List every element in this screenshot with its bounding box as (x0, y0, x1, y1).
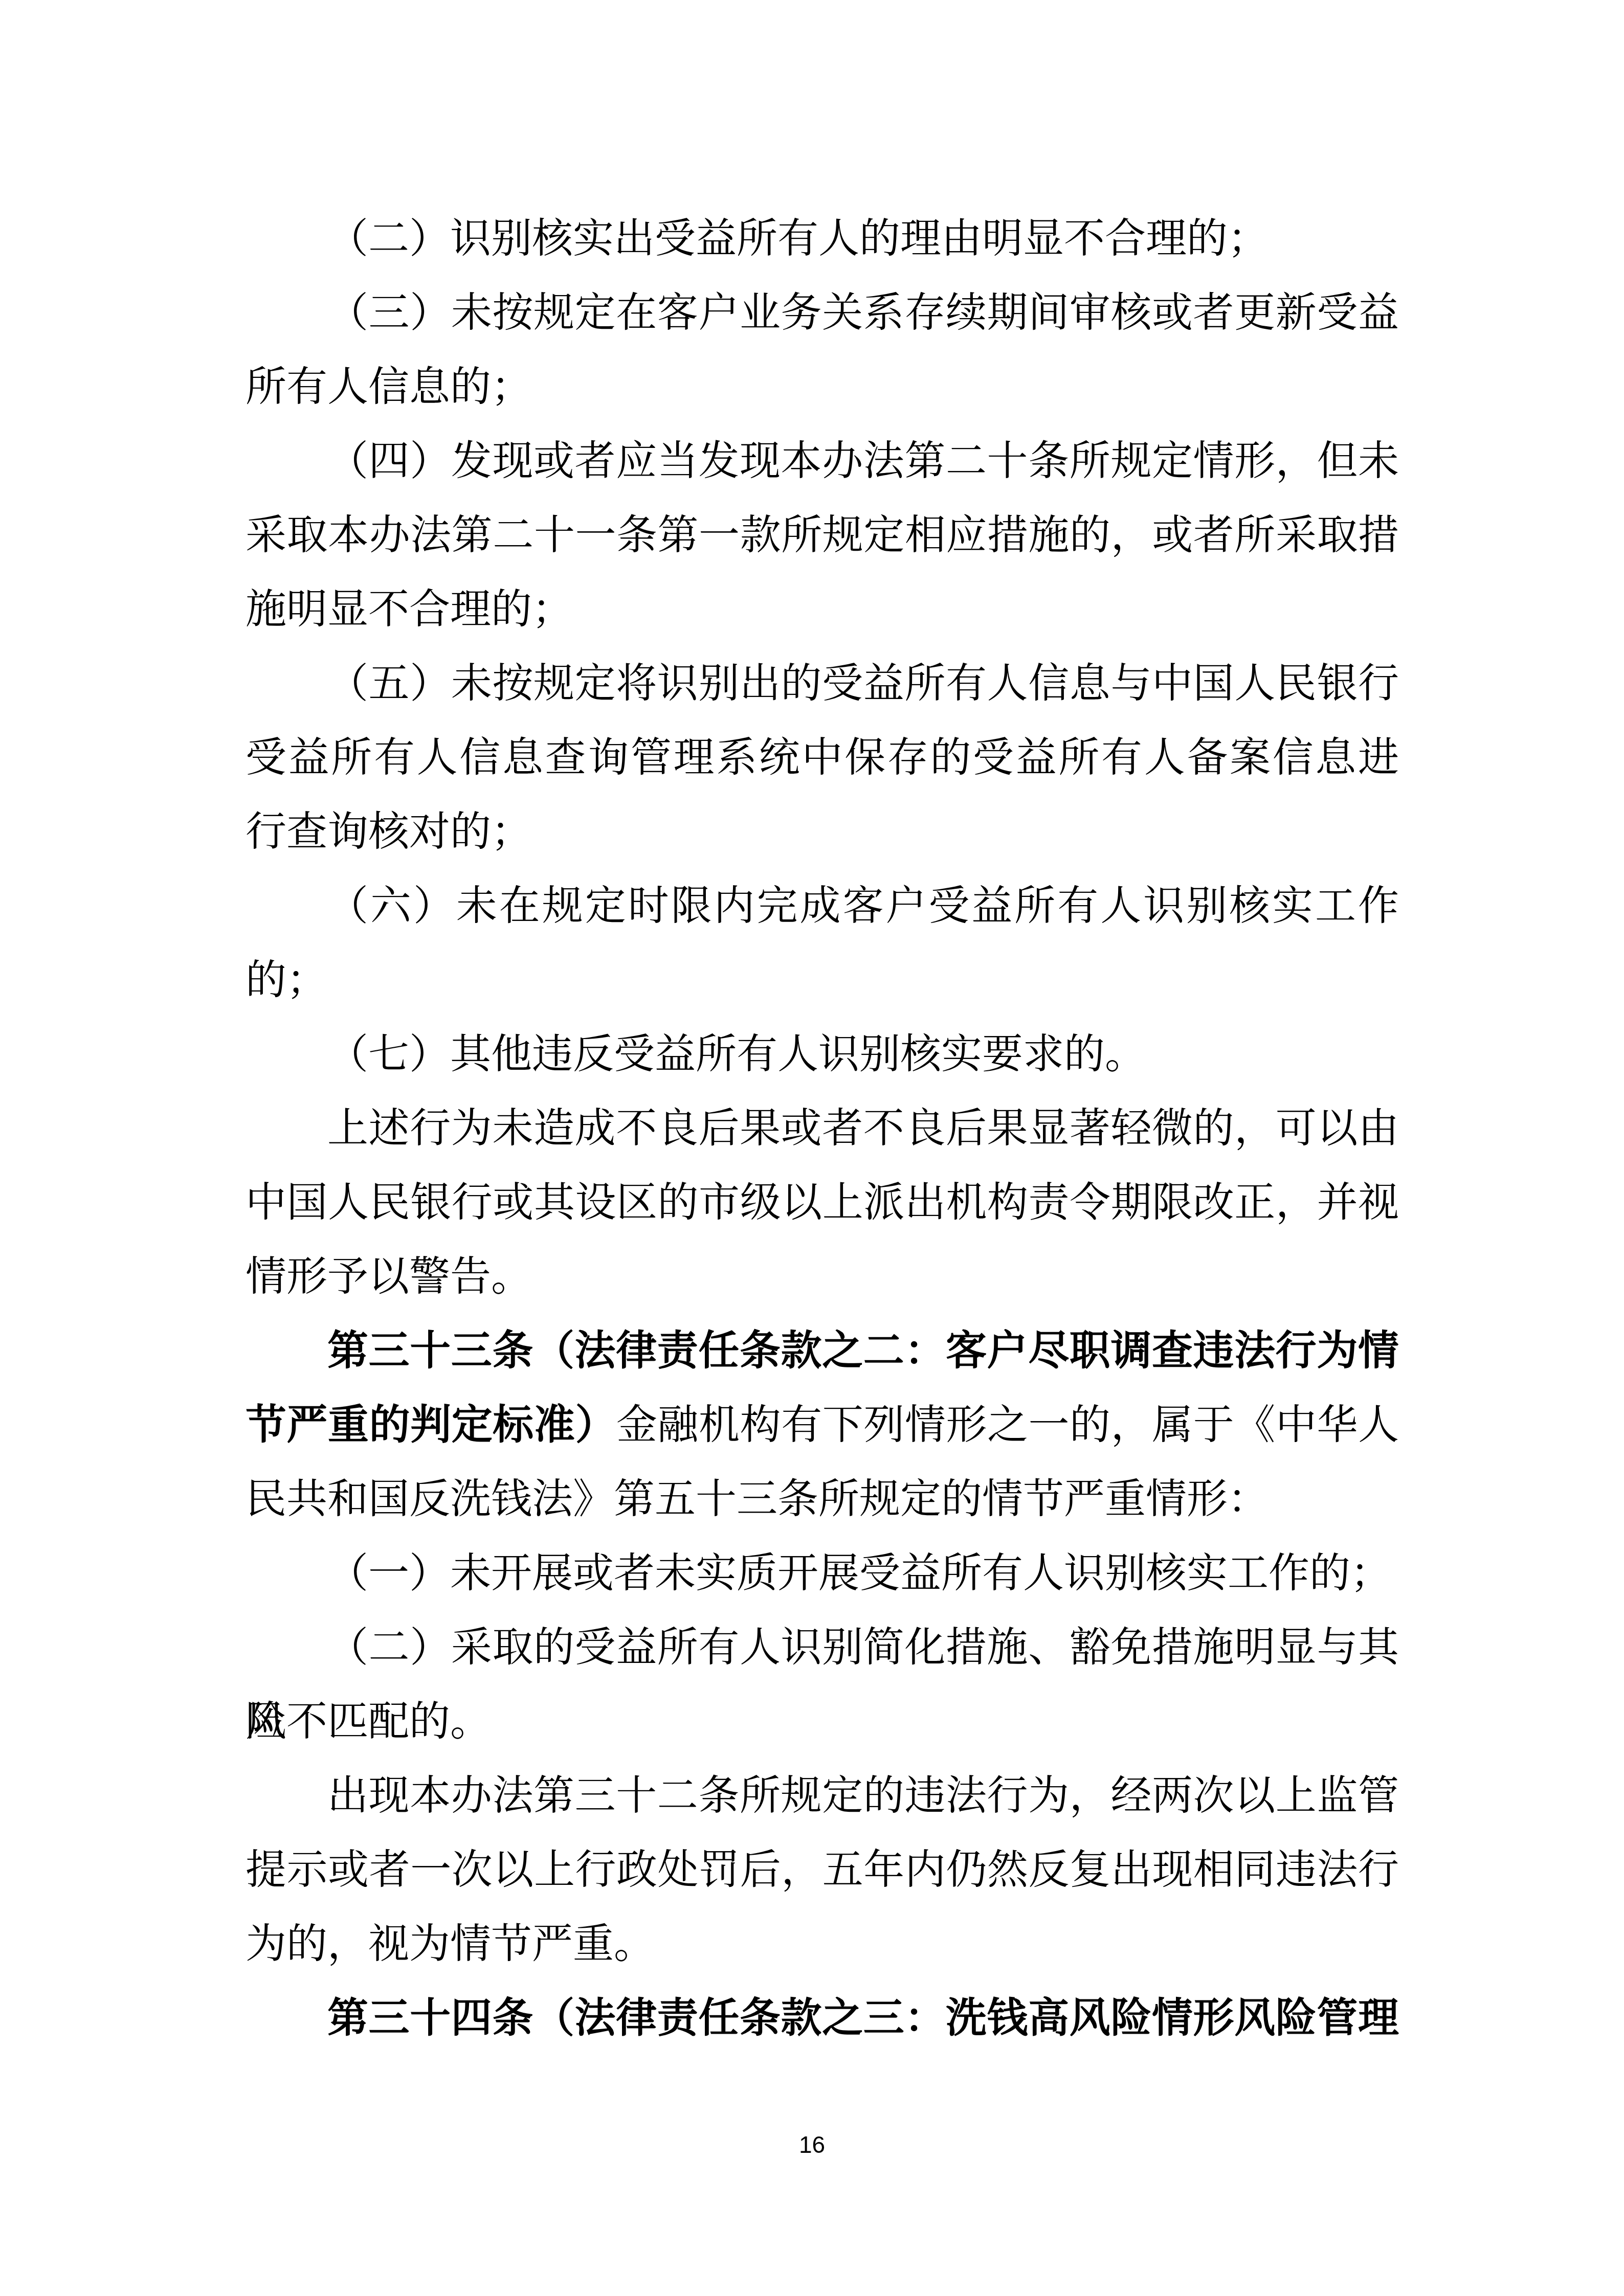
text-line: （三）未按规定在客户业务关系存续期间审核或者更新受益 (246, 276, 1399, 350)
text-segment: 金融机构有下列情形之一的，属于《中华人 (616, 1403, 1399, 1448)
text-segment: 上述行为未造成不良后果或者不良后果显著轻微的，可以由 (327, 1106, 1399, 1151)
document-page: （二）识别核实出受益所有人的理由明显不合理的；（三）未按规定在客户业务关系存续期… (0, 0, 1624, 2296)
text-segment: （三）未按规定在客户业务关系存续期间审核或者更新受益 (327, 290, 1399, 335)
text-segment: 民共和国反洗钱法》第五十三条所规定的情节严重情形： (246, 1477, 1269, 1522)
text-line: 提示或者一次以上行政处罚后，五年内仍然反复出现相同违法行 (246, 1833, 1399, 1907)
text-line: 出现本办法第三十二条所规定的违法行为，经两次以上监管 (246, 1759, 1399, 1833)
text-segment: 采取本办法第二十一条第一款所规定相应措施的，或者所采取措 (246, 513, 1399, 558)
text-line: 上述行为未造成不良后果或者不良后果显著轻微的，可以由 (246, 1092, 1399, 1166)
text-segment: （二）识别核实出受益所有人的理由明显不合理的； (327, 216, 1269, 261)
text-line: 险不匹配的。 (246, 1685, 1399, 1759)
text-line: 情形予以警告。 (246, 1240, 1399, 1314)
text-segment: （七）其他违反受益所有人识别核实要求的。 (327, 1032, 1146, 1077)
page-number: 16 (0, 2131, 1624, 2158)
text-line: 的； (246, 943, 1399, 1018)
text-line: （二）采取的受益所有人识别简化措施、豁免措施明显与其风 (246, 1611, 1399, 1685)
text-segment: 为的，视为情节严重。 (246, 1922, 655, 1967)
text-line: 施明显不合理的； (246, 573, 1399, 647)
text-line: 节严重的判定标准）金融机构有下列情形之一的，属于《中华人 (246, 1388, 1399, 1462)
text-segment: 受益所有人信息查询管理系统中保存的受益所有人备案信息进 (246, 735, 1399, 780)
text-segment: 中国人民银行或其设区的市级以上派出机构责令期限改正，并视 (246, 1180, 1399, 1225)
text-line: （一）未开展或者未实质开展受益所有人识别核实工作的； (246, 1537, 1399, 1611)
text-line: 为的，视为情节严重。 (246, 1907, 1399, 1982)
text-segment: （四）发现或者应当发现本办法第二十条所规定情形，但未 (327, 439, 1399, 484)
document-body: （二）识别核实出受益所有人的理由明显不合理的；（三）未按规定在客户业务关系存续期… (246, 202, 1399, 2056)
text-line: （二）识别核实出受益所有人的理由明显不合理的； (246, 202, 1399, 276)
text-line: （七）其他违反受益所有人识别核实要求的。 (246, 1018, 1399, 1092)
text-segment: 的； (246, 958, 327, 1003)
text-segment: 险不匹配的。 (246, 1699, 491, 1744)
text-line: 第三十四条（法律责任条款之三：洗钱高风险情形风险管理 (246, 1982, 1399, 2056)
text-segment: 施明显不合理的； (246, 587, 573, 632)
text-line: 民共和国反洗钱法》第五十三条所规定的情节严重情形： (246, 1462, 1399, 1537)
text-segment: 出现本办法第三十二条所规定的违法行为，经两次以上监管 (327, 1773, 1399, 1818)
text-segment: （一）未开展或者未实质开展受益所有人识别核实工作的； (327, 1551, 1391, 1596)
text-line: 中国人民银行或其设区的市级以上派出机构责令期限改正，并视 (246, 1166, 1399, 1240)
text-line: （四）发现或者应当发现本办法第二十条所规定情形，但未 (246, 424, 1399, 499)
text-line: （六）未在规定时限内完成客户受益所有人识别核实工作 (246, 869, 1399, 943)
text-segment: 所有人信息的； (246, 365, 532, 410)
text-line: （五）未按规定将识别出的受益所有人信息与中国人民银行 (246, 647, 1399, 721)
text-line: 受益所有人信息查询管理系统中保存的受益所有人备案信息进 (246, 721, 1399, 795)
text-segment-bold: 节严重的判定标准） (246, 1403, 616, 1448)
text-line: 第三十三条（法律责任条款之二：客户尽职调查违法行为情 (246, 1314, 1399, 1388)
text-segment-bold: 第三十四条（法律责任条款之三：洗钱高风险情形风险管理 (327, 1996, 1399, 2041)
text-segment: 情形予以警告。 (246, 1254, 532, 1299)
text-line: 采取本办法第二十一条第一款所规定相应措施的，或者所采取措 (246, 499, 1399, 573)
text-segment: （五）未按规定将识别出的受益所有人信息与中国人民银行 (327, 661, 1399, 706)
text-line: 行查询核对的； (246, 795, 1399, 869)
text-line: 所有人信息的； (246, 350, 1399, 424)
text-segment-bold: 第三十三条（法律责任条款之二：客户尽职调查违法行为情 (327, 1329, 1399, 1374)
text-segment: （六）未在规定时限内完成客户受益所有人识别核实工作 (327, 884, 1399, 929)
text-segment: 提示或者一次以上行政处罚后，五年内仍然反复出现相同违法行 (246, 1848, 1399, 1893)
text-segment: 行查询核对的； (246, 809, 532, 854)
